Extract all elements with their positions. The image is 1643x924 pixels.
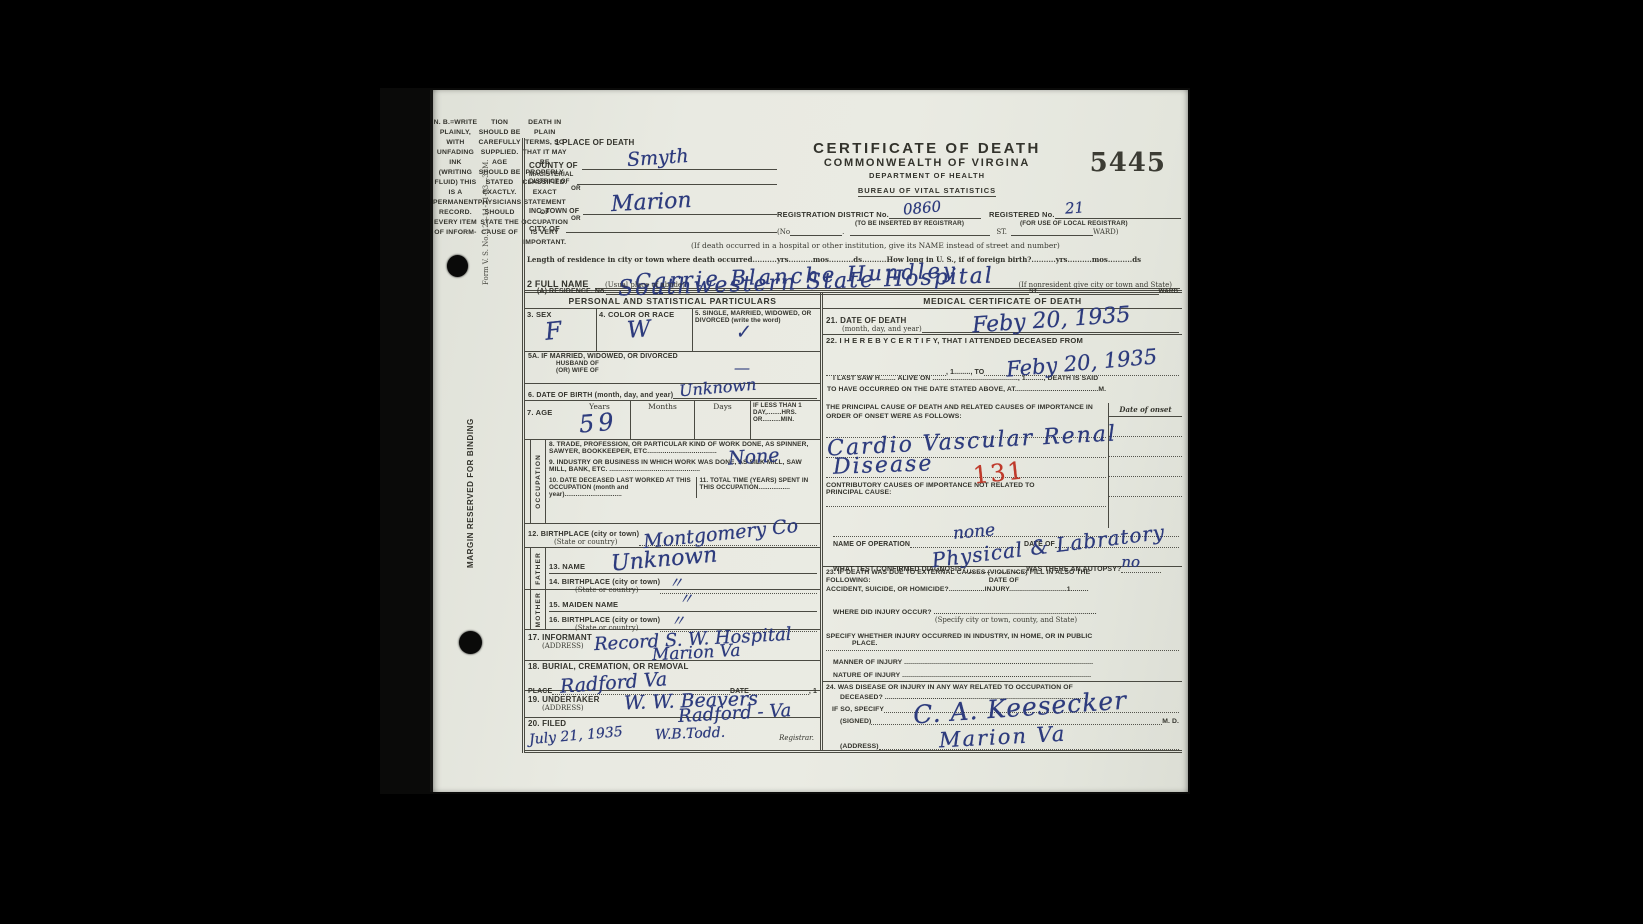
city-line xyxy=(566,224,777,233)
city-label: CITY OF xyxy=(529,224,560,233)
nonresident-note: (If nonresident give city or town and St… xyxy=(1018,281,1172,289)
operation-block: NAME OF OPERATION DATE OF none WHAT TEST… xyxy=(823,528,1182,566)
item-24-block: 24. WAS DISEASE OR INJURY IN ANY WAY REL… xyxy=(823,682,1182,750)
residence-ward-label: WARD. xyxy=(1159,288,1181,295)
item-15-label: 15. MAIDEN NAME xyxy=(549,600,618,609)
nature-of-injury: NATURE OF INJURY .......................… xyxy=(823,669,1182,682)
registration-row: REGISTRATION DISTRICT No. 0860 REGISTERE… xyxy=(777,200,1181,227)
sex-handwritten: F xyxy=(544,318,563,344)
department-line: DEPARTMENT OF HEALTH xyxy=(777,171,1077,180)
residence-label: (A) RESIDENCE. No. xyxy=(537,288,606,295)
county-line: Smyth xyxy=(582,149,777,170)
item-23-injury: INJURY.............................1....… xyxy=(985,586,1089,593)
occupation-items: 8. TRADE, PROFESSION, OR PARTICULAR KIND… xyxy=(546,440,820,523)
scanned-death-certificate: N. B.=WRITE PLAINLY, WITH UNFADING INK (… xyxy=(0,0,1643,924)
item-18-row: 18. BURIAL, CREMATION, OR REMOVAL PLACE … xyxy=(525,661,820,691)
inc-town-line: Marion xyxy=(583,192,777,215)
item-8-handwritten: None xyxy=(728,446,781,469)
place-of-death-block: 1 PLACE OF DEATH COUNTY OF Smyth MAGISTE… xyxy=(529,138,777,233)
item-15-handwritten: 〃 xyxy=(678,592,693,607)
age-years-cell: Years 59 xyxy=(569,401,631,439)
registered-no-handwritten: 21 xyxy=(1064,200,1084,216)
county-label: COUNTY OF xyxy=(529,161,578,170)
race-cell: 4. COLOR OR RACE W xyxy=(597,309,693,351)
autopsy-label: WAS THERE AN AUTOPSY? xyxy=(1026,566,1121,573)
specify-label-1: SPECIFY WHETHER INJURY OCCURRED IN INDUS… xyxy=(826,633,1179,640)
item-21-row: 21. DATE OF DEATH (month, day, and year)… xyxy=(823,309,1182,335)
filed-date-handwritten: July 21, 1935 xyxy=(529,725,624,747)
specify-label-2: PLACE. xyxy=(826,640,1179,647)
item-12-row: 12. BIRTHPLACE (city or town) (State or … xyxy=(525,524,820,548)
item-13-handwritten: Unknown xyxy=(610,544,718,575)
race-handwritten: W xyxy=(626,318,651,343)
age-label-cell: 7. AGE xyxy=(525,401,569,439)
date-of-onset-header: Date of onset xyxy=(1109,403,1182,417)
operation-label: NAME OF OPERATION xyxy=(833,541,910,548)
punch-hole-bottom xyxy=(459,631,482,654)
if-so-label: IF SO, SPECIFY xyxy=(832,706,884,713)
residence-st-label: ST. xyxy=(1029,288,1038,295)
informant-label: 17. INFORMANT xyxy=(528,633,592,642)
last-saw-block: I LAST SAW H........ ALIVE ON ..........… xyxy=(823,373,1182,403)
age-handwritten: 59 xyxy=(578,409,618,436)
dob-row: 6. DATE OF BIRTH (month, day, and year) … xyxy=(525,384,820,401)
item-23-accident: ACCIDENT, SUICIDE, OR HOMICIDE?.........… xyxy=(826,586,985,593)
principal-cause-label-2: ORDER OF ONSET WERE AS FOLLOWS: xyxy=(826,413,1108,420)
hospital-note: (If death occurred in a hospital or othe… xyxy=(691,241,1060,250)
occupation-group: OCCUPATION 8. TRADE, PROFESSION, OR PART… xyxy=(525,440,820,524)
registration-district-line: 0860 xyxy=(889,200,981,219)
marital-cell: 5. SINGLE, MARRIED, WIDOWED, OR DIVORCED… xyxy=(693,309,820,351)
date-of-death-handwritten: Feby 20, 1935 xyxy=(971,304,1131,337)
item-20-row: 20. FILED July 21, 1935 W.B.Todd. Regist… xyxy=(525,718,820,744)
binding-margin: N. B.=WRITE PLAINLY, WITH UNFADING INK (… xyxy=(430,90,522,792)
where-injury-label: WHERE DID INJURY OCCUR? ................… xyxy=(833,609,1179,616)
certify-label: 22. I H E R E B Y C E R T I F Y, THAT I … xyxy=(826,336,1179,345)
mother-side-label: MOTHER xyxy=(530,590,546,629)
where-injury-block: WHERE DID INJURY OCCUR? ................… xyxy=(823,608,1182,632)
county-handwritten: Smyth xyxy=(626,147,689,170)
street-no-label: (No xyxy=(777,228,790,236)
item-14-handwritten: 〃 xyxy=(668,576,683,591)
where-injury-sub: (Specify city or town, county, and State… xyxy=(833,616,1179,624)
date-of-onset-column: Date of onset xyxy=(1108,403,1182,528)
particulars-columns: PERSONAL AND STATISTICAL PARTICULARS 3. … xyxy=(525,290,1182,753)
cause-handwritten-2: Disease xyxy=(833,453,934,478)
operation-handwritten: none xyxy=(952,522,996,543)
street-ward-label: WARD) xyxy=(1093,228,1119,236)
registrar-note-right: (FOR USE OF LOCAL REGISTRAR) xyxy=(1020,220,1128,227)
occurred-line: TO HAVE OCCURRED ON THE DATE STATED ABOV… xyxy=(827,386,1179,393)
item-16-handwritten: 〃 xyxy=(670,614,685,629)
contributory-label-1: CONTRIBUTORY CAUSES OF IMPORTANCE NOT RE… xyxy=(826,482,1108,489)
magisterial-label: MAGISTERIAL DISTRICT OF xyxy=(529,171,573,185)
certificate-form: 1 PLACE OF DEATH COUNTY OF Smyth MAGISTE… xyxy=(522,138,1182,753)
street-st-label: ST. xyxy=(996,228,1007,236)
commonwealth-subtitle: COMMONWEALTH OF VIRGINA xyxy=(777,157,1077,169)
inc-town-handwritten: Marion xyxy=(611,190,693,216)
registered-no-label: REGISTERED No. xyxy=(989,210,1055,219)
item-16-label: 16. BIRTHPLACE (city or town) xyxy=(549,615,660,624)
margin-binding-notice: MARGIN RESERVED FOR BINDING xyxy=(466,378,475,608)
top-section: 1 PLACE OF DEATH COUNTY OF Smyth MAGISTE… xyxy=(525,138,1182,290)
age-days-cell: Days xyxy=(695,401,751,439)
date-of-death-label: 21. DATE OF DEATH xyxy=(826,316,922,325)
item-10-label: 10. DATE DECEASED LAST WORKED AT THIS OC… xyxy=(549,477,697,498)
item-5a-handwritten: — xyxy=(734,360,750,376)
place-of-death-label: 1 PLACE OF DEATH xyxy=(529,138,777,147)
registered-no-line: 21 xyxy=(1055,200,1181,219)
certificate-paper: N. B.=WRITE PLAINLY, WITH UNFADING INK (… xyxy=(430,90,1188,792)
age-months-cell: Months xyxy=(631,401,695,439)
registrar-note-left: (TO BE INSERTED BY REGISTRAR) xyxy=(855,220,964,227)
manner-of-injury: MANNER OF INJURY .......................… xyxy=(823,656,1182,669)
burial-label: 18. BURIAL, CREMATION, OR REMOVAL xyxy=(528,662,817,671)
cause-area: THE PRINCIPAL CAUSE OF DEATH AND RELATED… xyxy=(823,403,1108,528)
medical-column: MEDICAL CERTIFICATE OF DEATH 21. DATE OF… xyxy=(823,293,1182,750)
autopsy-handwritten: no xyxy=(1121,555,1140,570)
filed-registrar-handwritten: W.B.Todd. xyxy=(655,726,726,742)
street-ward-row: (No . ST. WARD) xyxy=(777,228,1176,236)
item-11-label: 11. TOTAL TIME (YEARS) SPENT IN THIS OCC… xyxy=(697,477,817,498)
address-label: (ADDRESS) xyxy=(840,743,879,750)
cause-code-stamp: 131 xyxy=(972,458,1026,487)
inc-town-label: INC. TOWN OF xyxy=(529,208,579,215)
father-items: 13. NAME Unknown 14. BIRTHPLACE (city or… xyxy=(546,548,820,589)
marital-handwritten: ✓ xyxy=(734,323,751,343)
personal-column: PERSONAL AND STATISTICAL PARTICULARS 3. … xyxy=(525,293,823,750)
item-22-row: 22. I H E R E B Y C E R T I F Y, THAT I … xyxy=(823,335,1182,373)
physician-address-handwritten: Marion Va xyxy=(938,724,1066,752)
principal-cause-label-1: THE PRINCIPAL CAUSE OF DEATH AND RELATED… xyxy=(826,404,1108,411)
undertaker-label: 19. UNDERTAKER xyxy=(528,695,600,704)
occupation-side-label: OCCUPATION xyxy=(530,440,546,523)
md-label: M. D. xyxy=(1162,718,1179,725)
registration-district-handwritten: 0860 xyxy=(902,199,941,217)
punch-hole-top xyxy=(447,255,468,277)
principal-cause-block: THE PRINCIPAL CAUSE OF DEATH AND RELATED… xyxy=(823,403,1182,528)
item-19-row: 19. UNDERTAKER (ADDRESS) W. W. Beavers R… xyxy=(525,691,820,718)
age-ifless-cell: IF LESS THAN 1 DAY,........HRS. OR......… xyxy=(751,401,820,439)
abode-note: (Usual place of abode) xyxy=(605,281,685,289)
magisterial-line xyxy=(577,176,777,185)
item-17-row: 17. INFORMANT (ADDRESS) Record S. W. Hos… xyxy=(525,630,820,661)
item-23-date-of: DATE OF xyxy=(989,577,1019,584)
mother-items: 15. MAIDEN NAME 〃 16. BIRTHPLACE (city o… xyxy=(546,590,820,629)
item-14-label: 14. BIRTHPLACE (city or town) xyxy=(549,577,660,586)
dob-handwritten: Unknown xyxy=(679,377,758,400)
item-23-label-2: FOLLOWING: xyxy=(826,577,871,584)
certificate-number: 5445 xyxy=(1090,148,1166,178)
certify-date-handwritten: Feby 20, 1935 xyxy=(1006,346,1159,380)
contributory-label-2: PRINCIPAL CAUSE: xyxy=(826,489,1108,496)
form-number: Form V. S. No. 12—11-21-33—35M. xyxy=(482,122,490,322)
registration-district-label: REGISTRATION DISTRICT No. xyxy=(777,210,889,219)
item-13-label: 13. NAME xyxy=(549,562,585,571)
signed-label: (SIGNED) xyxy=(840,718,871,725)
specify-block: SPECIFY WHETHER INJURY OCCURRED IN INDUS… xyxy=(823,632,1182,656)
age-row: 7. AGE Years 59 Months Days IF LESS THAN… xyxy=(525,401,820,440)
father-side-label: FATHER xyxy=(530,548,546,589)
bureau-line: BUREAU OF VITAL STATISTICS xyxy=(858,186,996,197)
dob-label: 6. DATE OF BIRTH (month, day, and year) xyxy=(528,392,673,399)
registrar-label: Registrar. xyxy=(779,734,814,742)
certificate-title: CERTIFICATE OF DEATH xyxy=(777,140,1077,157)
sex-race-marital-row: 3. SEX F 4. COLOR OR RACE W 5. SINGLE, M… xyxy=(525,309,820,352)
sex-cell: 3. SEX F xyxy=(525,309,597,351)
title-block: CERTIFICATE OF DEATH COMMONWEALTH OF VIR… xyxy=(777,140,1077,198)
or-2: OR xyxy=(529,215,777,222)
father-group: FATHER 13. NAME Unknown 14. BIRTHPLACE (… xyxy=(525,548,820,590)
